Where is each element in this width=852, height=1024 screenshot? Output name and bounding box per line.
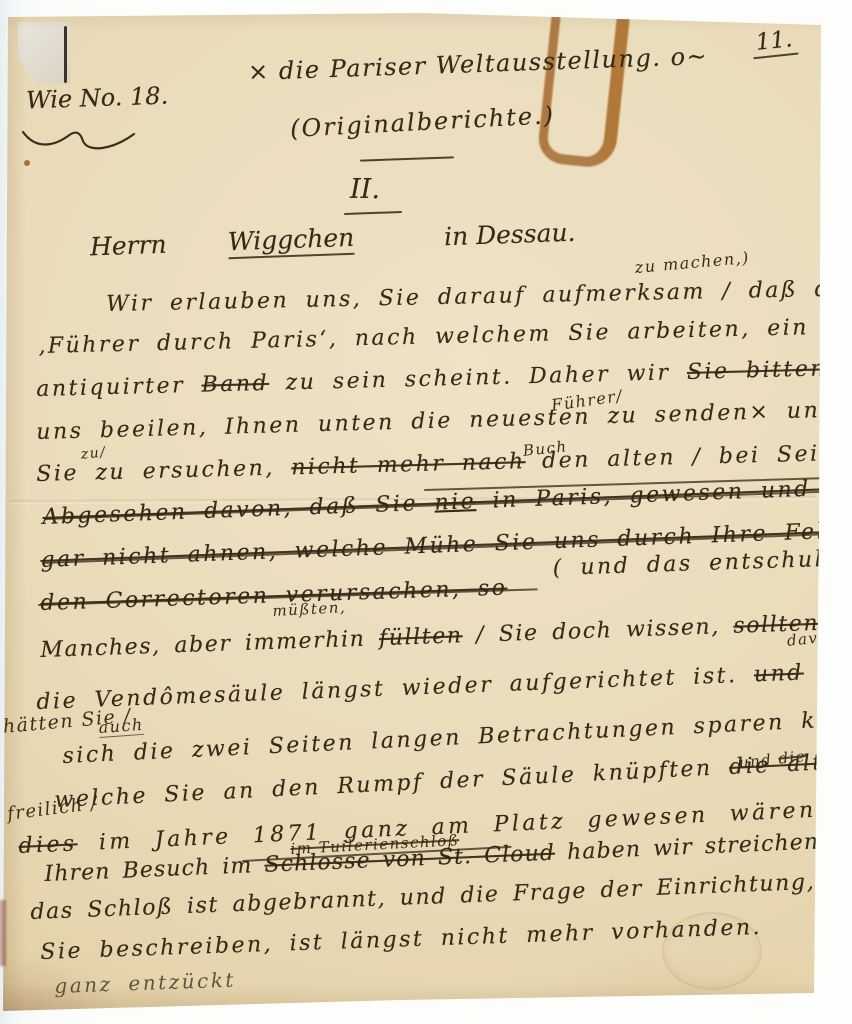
pencil-note-text: ganz entzückt: [54, 968, 236, 998]
body-text: / Sie doch wissen,: [462, 614, 734, 648]
body-line: Sie beschreiben, ist längst nicht mehr v…: [40, 915, 762, 965]
body-text: uns beeilen, Ihnen unten die neuesten: [36, 404, 608, 445]
rust-dot: [24, 160, 30, 166]
title-decoration-right: o~: [670, 42, 709, 71]
salutation-name: Wiggchen: [227, 223, 354, 259]
struck-text: Band: [201, 371, 269, 398]
body-line: die Vendômesäule längst wieder aufgerich…: [36, 661, 804, 715]
page-number: 11.: [751, 26, 798, 60]
section-numeral: II.: [350, 174, 380, 205]
body-text: die Vendômesäule längst wieder aufgerich…: [36, 662, 754, 715]
body-text: Manches, aber immerhin: [40, 626, 379, 663]
scan-edge-mark: [0, 900, 6, 966]
body-text: antiquirter: [36, 373, 202, 402]
archive-number: Wie No. 18.: [26, 82, 169, 115]
body-line: antiquirter Band zu sein scheint. Daher …: [36, 356, 827, 402]
interlinear-insert: zu machen,): [634, 248, 751, 277]
body-line: den Correctoren verursachen, so( und das…: [40, 565, 833, 616]
subtitle-dash: [360, 156, 454, 161]
body-line: Manches, aber immerhin füllten / Sie doc…: [40, 608, 852, 663]
body-line: uns beeilen, Ihnen unten die neuesten zu…: [36, 398, 837, 445]
body-text: zu senden× und: [607, 398, 837, 429]
numeral-underline: [344, 211, 402, 215]
struck-text: und: [753, 661, 804, 688]
struck-text: die alte,: [729, 749, 850, 780]
body-text: Wir erlauben uns, Sie darauf aufmerksam …: [106, 279, 732, 317]
body-line: Wir erlauben uns, Sie darauf aufmerksam …: [106, 276, 852, 317]
title-decoration-left: ×: [248, 57, 271, 86]
body-text: den alten / bei Seite zu werfen.: [525, 436, 852, 474]
scan-background: 11. Wie No. 18. × die Pariser Weltausste…: [0, 0, 852, 1024]
title-line: × die Pariser Weltausstellung. o~: [248, 42, 709, 86]
struck-text: nicht mehr nach: [291, 449, 526, 480]
salutation-pre: Herrn: [90, 230, 168, 262]
body-text: Ihren Besuch im: [44, 853, 265, 887]
body-text: daß der: [732, 276, 852, 304]
body-text: daß: [827, 608, 852, 635]
struck-text: Sie bitten: [687, 356, 828, 385]
body-line: ‚Führer durch Paris‘, nach welchem Sie a…: [38, 313, 852, 359]
pencil-note: ganz entzückt: [54, 968, 236, 998]
paperclip-rust-stain: [536, 10, 629, 169]
body-text: Sie zu ersuchen,: [36, 455, 292, 487]
body-text: Sie beschreiben, ist längst nicht mehr v…: [40, 915, 762, 965]
mounting-patch-mark: [64, 26, 67, 83]
mounting-patch: [18, 22, 70, 84]
struck-text: dies: [18, 831, 78, 859]
interlinear-insert: auch: [98, 715, 144, 738]
subtitle: (Originalberichte.): [289, 101, 555, 143]
flourish-brace: [20, 126, 140, 156]
struck-text: füllten: [379, 623, 463, 651]
body-text: ‚Führer durch Paris‘, nach welchem Sie a…: [38, 313, 852, 359]
salutation-place: in Dessau.: [444, 218, 576, 252]
body-text: zu sein scheint. Daher wir: [269, 360, 687, 396]
struck-text: sollten,: [733, 611, 828, 639]
manuscript-paper: 11. Wie No. 18. × die Pariser Weltausste…: [0, 0, 852, 1024]
